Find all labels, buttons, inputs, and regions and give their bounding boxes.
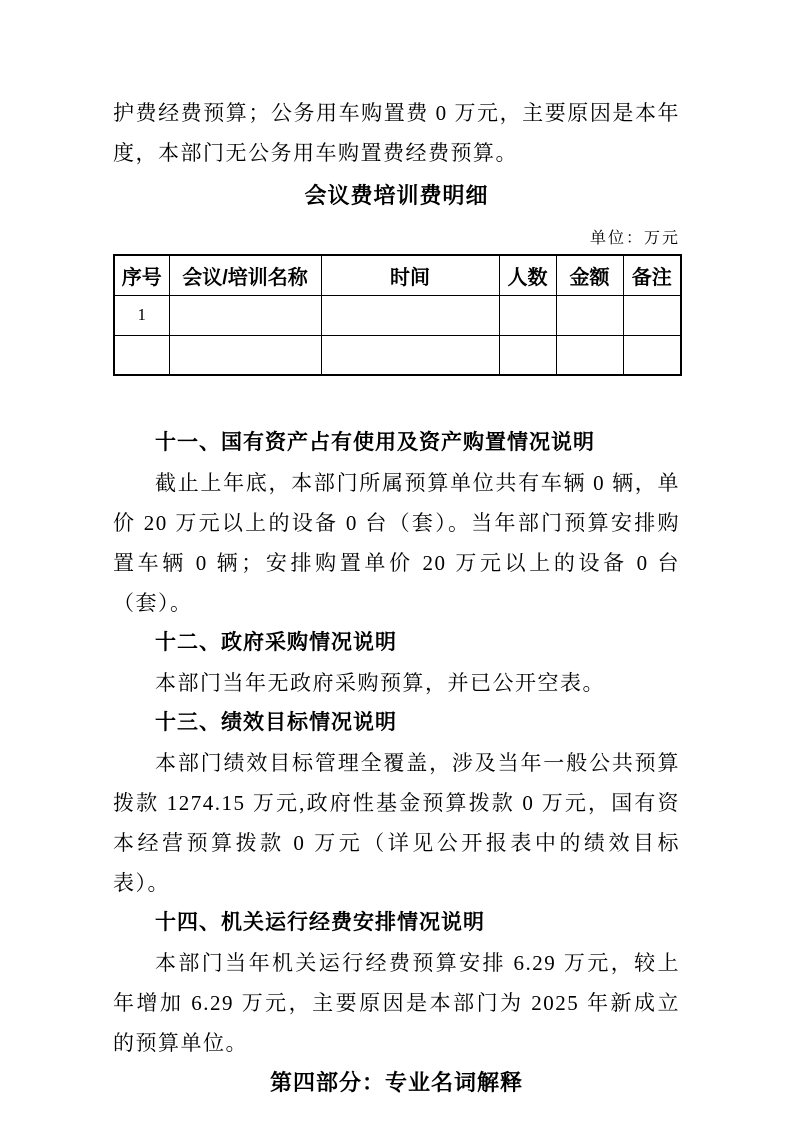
header-cell-name: 会议/培训名称 [169,255,321,295]
section-11-heading: 十一、国有资产占有使用及资产购置情况说明 [113,423,680,463]
table-cell [499,295,556,335]
page-content: 护费经费预算；公务用车购置费 0 万元，主要原因是本年度，本部门无公务用车购置费… [113,93,680,1103]
header-cell-time: 时间 [321,255,499,295]
section-13-heading: 十三、绩效目标情况说明 [113,703,680,743]
table-header-row: 序号 会议/培训名称 时间 人数 金额 备注 [114,255,681,295]
table-cell [169,295,321,335]
meeting-table-title: 会议费培训费明细 [113,178,680,213]
table-cell [499,335,556,375]
header-cell-remark: 备注 [623,255,681,295]
part-four-title: 第四部分：专业名词解释 [113,1063,680,1103]
header-cell-people: 人数 [499,255,556,295]
table-cell [623,335,681,375]
section-12-heading: 十二、政府采购情况说明 [113,623,680,663]
table-row: 1 [114,295,681,335]
table-cell [321,335,499,375]
section-13-body: 本部门绩效目标管理全覆盖，涉及当年一般公共预算拨款 1274.15 万元,政府性… [113,743,680,903]
table-cell [556,295,623,335]
table-row [114,335,681,375]
table-cell [169,335,321,375]
intro-paragraph: 护费经费预算；公务用车购置费 0 万元，主要原因是本年度，本部门无公务用车购置费… [113,93,680,173]
section-14-body: 本部门当年机关运行经费预算安排 6.29 万元，较上年增加 6.29 万元，主要… [113,943,680,1063]
table-cell [623,295,681,335]
meeting-fee-table: 序号 会议/培训名称 时间 人数 金额 备注 1 [113,254,682,376]
table-cell: 1 [114,295,169,335]
header-cell-amount: 金额 [556,255,623,295]
table-cell [114,335,169,375]
section-12-body: 本部门当年无政府采购预算，并已公开空表。 [113,663,680,703]
unit-label: 单位：万元 [113,228,680,250]
table-cell [321,295,499,335]
section-14-heading: 十四、机关运行经费安排情况说明 [113,903,680,943]
table-cell [556,335,623,375]
document-page: 护费经费预算；公务用车购置费 0 万元，主要原因是本年度，本部门无公务用车购置费… [0,0,793,1122]
section-11-body: 截止上年底，本部门所属预算单位共有车辆 0 辆，单价 20 万元以上的设备 0 … [113,463,680,623]
header-cell-index: 序号 [114,255,169,295]
